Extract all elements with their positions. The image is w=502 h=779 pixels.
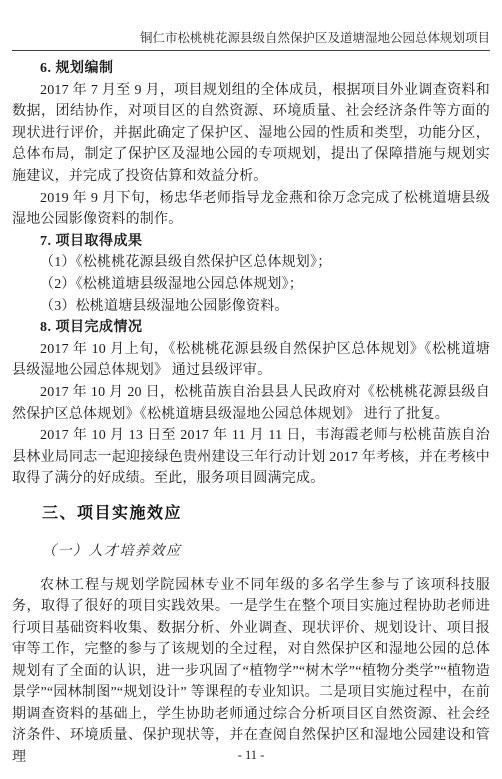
para-completion-2: 2017 年 10 月 20 日，松桃苗族自治县县人民政府对《松桃桃花源县级自然… — [12, 382, 490, 425]
page-footer: - 11 - — [0, 748, 502, 763]
heading-project-achievements: 7. 项目取得成果 — [12, 231, 490, 253]
para-effects-1: 农林工程与规划学院园林专业不同年级的多名学生参与了该项科技服务，取得了很好的项目… — [12, 575, 490, 769]
heading-project-completion: 8. 项目完成情况 — [12, 317, 490, 339]
para-completion-3: 2017 年 10 月 13 日至 2017 年 11 月 11 日，韦海霞老师… — [12, 425, 490, 490]
achievement-item-1: （1）《松桃桃花源县级自然保护区总体规划》； — [12, 252, 490, 274]
subheading-talent-cultivation: （一）人才培养效应 — [12, 541, 490, 563]
document-page: 铜仁市松桃桃花源县级自然保护区及道塘湿地公园总体规划项目 6. 规划编制 201… — [0, 0, 502, 779]
achievement-item-3: （3）松桃道塘县级湿地公园影像资料。 — [12, 296, 490, 318]
page-number: - 11 - — [238, 748, 265, 762]
para-planning-2: 2019 年 9 月下旬，杨忠华老师指导龙金燕和徐万念完成了松桃道塘县级湿地公园… — [12, 188, 490, 231]
para-completion-1: 2017 年 10 月上旬，《松桃桃花源县级自然保护区总体规划》《松桃道塘县级湿… — [12, 339, 490, 382]
achievement-item-2: （2）《松桃道塘县级湿地公园总体规划》； — [12, 274, 490, 296]
header-title: 铜仁市松桃桃花源县级自然保护区及道塘湿地公园总体规划项目 — [140, 31, 490, 45]
document-body: 6. 规划编制 2017 年 7 月至 9 月，项目规划组的全体成员，根据项目外… — [12, 58, 490, 768]
para-planning-1: 2017 年 7 月至 9 月，项目规划组的全体成员，根据项目外业调查资料和数据… — [12, 80, 490, 188]
heading-implementation-effects: 三、项目实施效应 — [12, 502, 490, 526]
page-header: 铜仁市松桃桃花源县级自然保护区及道塘湿地公园总体规划项目 — [12, 30, 490, 51]
heading-planning-compilation: 6. 规划编制 — [12, 58, 490, 80]
